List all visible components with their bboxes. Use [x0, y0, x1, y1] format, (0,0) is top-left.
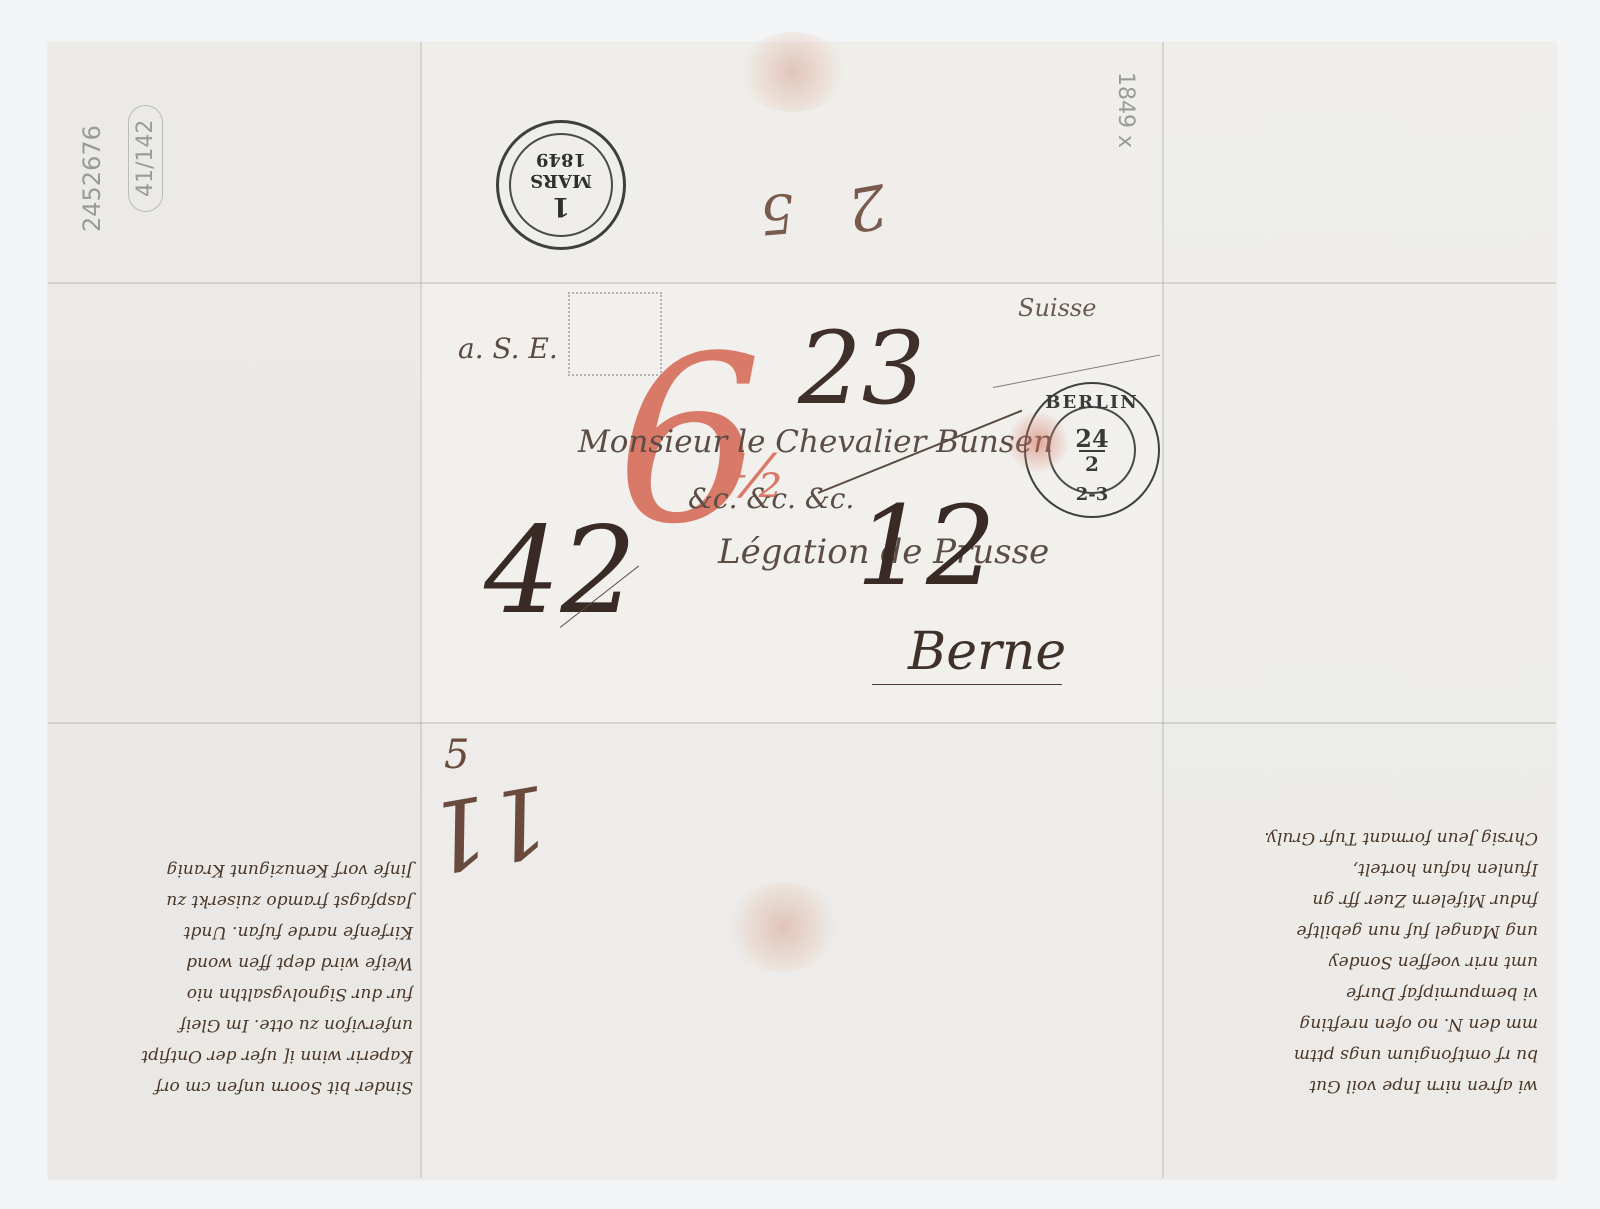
- catalog-number: 2452676: [78, 125, 106, 232]
- fold-line-left: [420, 42, 422, 1178]
- address-line-2: &c. &c. &c.: [688, 482, 854, 515]
- wax-seal-stain-top: [738, 32, 848, 112]
- wax-seal-stain-bottom: [728, 882, 838, 972]
- postal-mark-top: 5: [757, 181, 797, 247]
- year-note: 1849 x: [1113, 72, 1138, 148]
- address-line-1: Monsieur le Chevalier Bunsen: [578, 424, 1053, 460]
- charge-12: 12: [856, 482, 996, 610]
- city-underline: [872, 684, 1062, 685]
- fold-line-top: [48, 282, 1556, 284]
- address-city: Berne: [908, 622, 1066, 682]
- letter-sheet: 2452676 41/142 1849 x 1 MARS 1849 5 2 a.…: [48, 42, 1556, 1178]
- charge-23: 23: [798, 310, 925, 427]
- fold-line-right: [1162, 42, 1164, 1178]
- fold-line-bottom: [48, 722, 1556, 724]
- country-label: Suisse: [1018, 294, 1096, 322]
- charge-lower-11: 11: [419, 762, 559, 894]
- correspondence-left: Sinder bit Soorn unfen cm orf Kaperir wi…: [58, 854, 413, 1102]
- address-prefix: a. S. E.: [458, 332, 558, 365]
- receiving-postmark: 1 MARS 1849: [496, 120, 626, 250]
- red-seal-stain: [1008, 412, 1068, 472]
- charge-lower-5: 5: [444, 732, 469, 778]
- folio-number: 41/142: [128, 105, 163, 212]
- charge-42: 42: [484, 502, 637, 641]
- correspondence-right: wi afren nirn Inpe voil Gut bu rf omtfon…: [1178, 822, 1538, 1101]
